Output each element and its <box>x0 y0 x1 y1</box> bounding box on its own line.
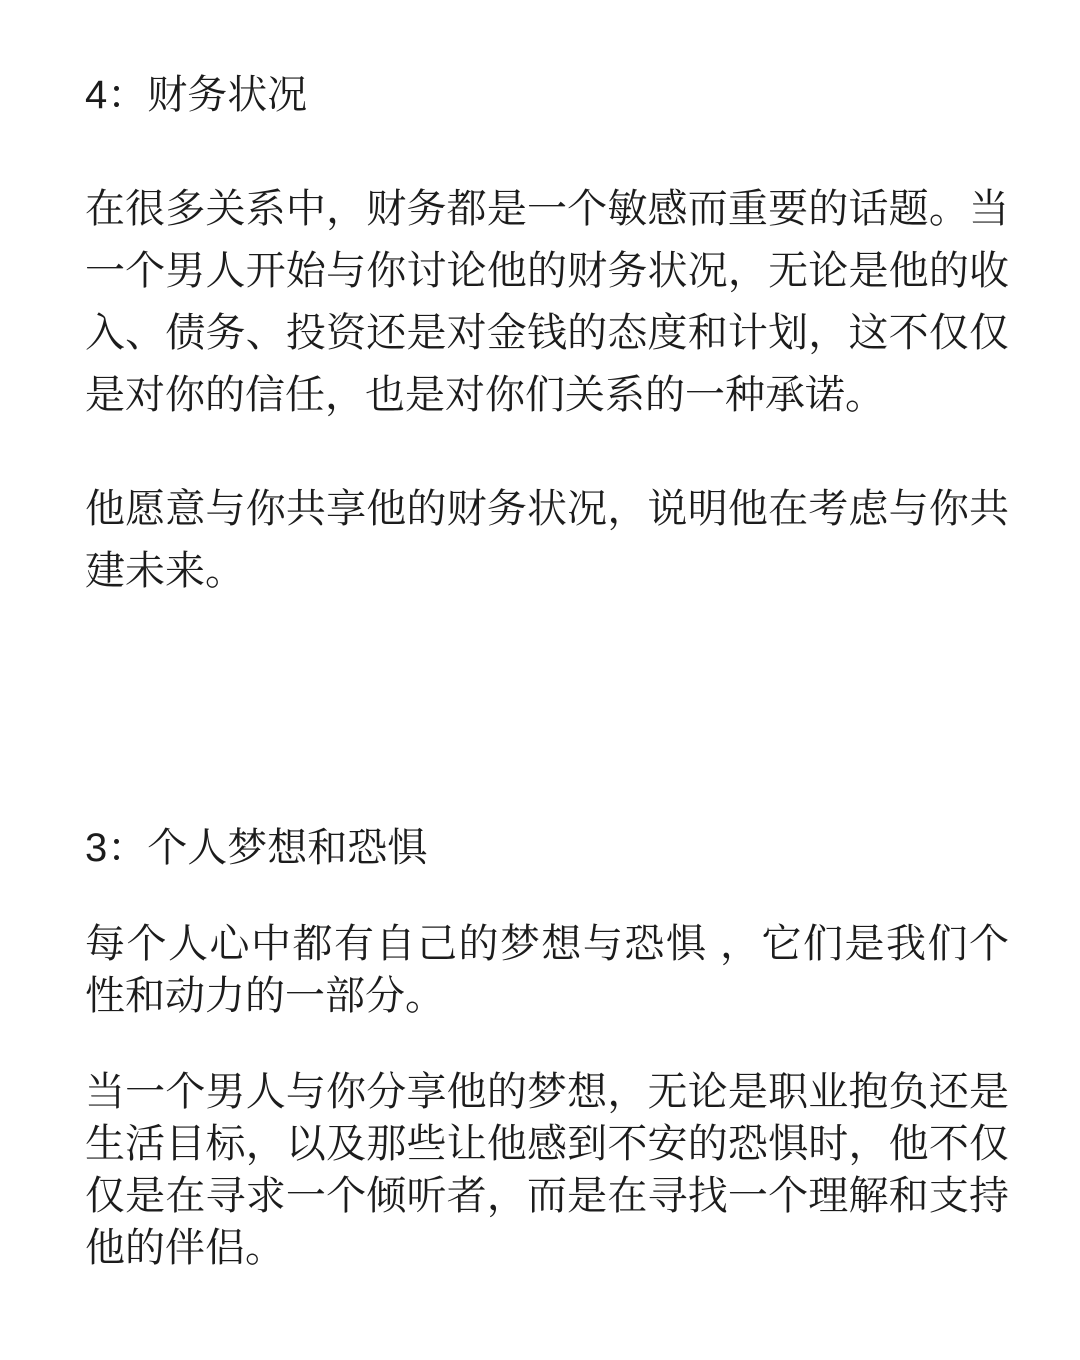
section-finance: 4：财务状况 在很多关系中，财务都是一个敏感而重要的话题。当一个男人开始与你讨论… <box>85 64 1009 602</box>
section-dreams-fears-paragraph-2: 当一个男人与你分享他的梦想，无论是职业抱负还是生活目标，以及那些让他感到不安的恐… <box>85 1066 1009 1274</box>
article-page: 4：财务状况 在很多关系中，财务都是一个敏感而重要的话题。当一个男人开始与你讨论… <box>0 0 1080 1360</box>
section-dreams-fears-paragraph-1: 每个人心中都有自己的梦想与恐惧 ，它们是我们个性和动力的一部分。 <box>85 918 1009 1022</box>
section-finance-paragraph-2: 他愿意与你共享他的财务状况，说明他在考虑与你共建未来。 <box>85 478 1009 602</box>
section-finance-paragraph-1: 在很多关系中，财务都是一个敏感而重要的话题。当一个男人开始与你讨论他的财务状况，… <box>85 178 1009 426</box>
section-dreams-fears: 3：个人梦想和恐惧 每个人心中都有自己的梦想与恐惧 ，它们是我们个性和动力的一部… <box>85 822 1009 1274</box>
section-dreams-fears-heading: 3：个人梦想和恐惧 <box>85 822 1009 874</box>
section-finance-heading: 4：财务状况 <box>85 64 1009 126</box>
